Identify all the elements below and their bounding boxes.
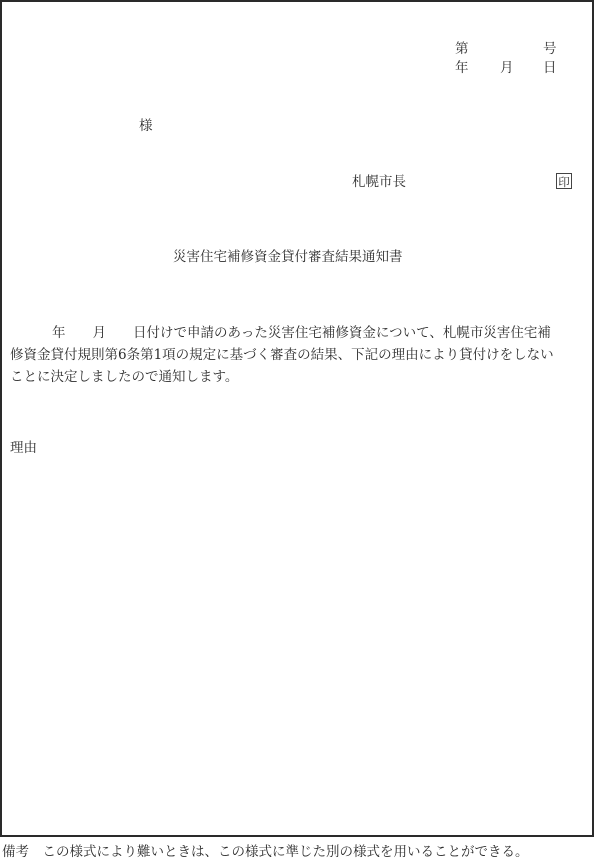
document-title: 災害住宅補修資金貸付審査結果通知書 [173,249,403,265]
addressee-suffix: 様 [139,118,153,134]
body-line-3: ことに決定しましたので通知します。 [10,366,588,388]
number-prefix-label: 第 [455,41,469,57]
notification-body: 年 月 日付けで申請のあった災害住宅補修資金について、札幌市災害住宅補 修資金貸… [10,322,588,388]
body-line-2: 修資金貸付規則第6条第1項の規定に基づく審査の結果、下記の理由により貸付けをしな… [10,344,588,366]
issuer-name: 札幌市長 [352,174,406,190]
number-suffix-label: 号 [543,41,557,57]
date-day-label: 日 [543,60,557,76]
reason-field [10,462,580,802]
body-line-1: 年 月 日付けで申請のあった災害住宅補修資金について、札幌市災害住宅補 [10,322,588,344]
reason-label: 理由 [10,440,37,456]
date-year-label: 年 [455,60,469,76]
footer-note: 備考 この様式により難いときは、この様式に準じた別の様式を用いることができる。 [2,844,529,860]
date-month-label: 月 [500,60,514,76]
seal-stamp-icon: 印 [556,173,572,189]
